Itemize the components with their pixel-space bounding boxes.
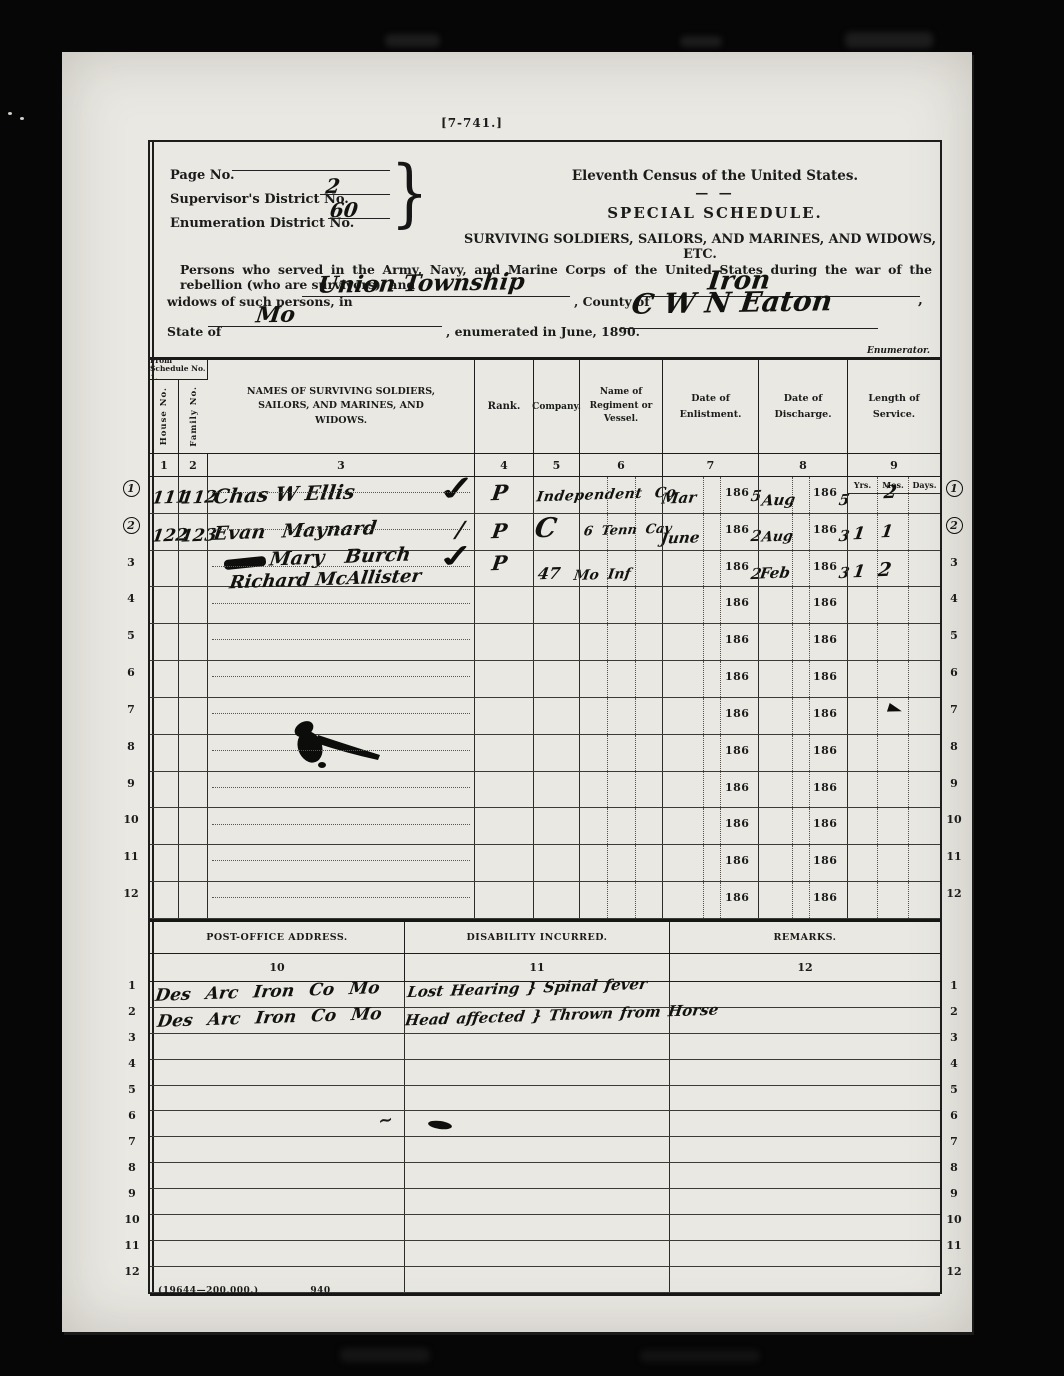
scan-artifact: [340, 1348, 430, 1362]
table-cell: [475, 477, 534, 513]
col-number: 5: [534, 454, 580, 476]
row-number: 7: [942, 1129, 966, 1155]
col-number: 8: [759, 454, 848, 476]
row-number: 8: [122, 1154, 142, 1180]
table-cell: [909, 551, 940, 587]
row-number-text: 10: [124, 1213, 139, 1226]
table-cell: [534, 845, 580, 881]
printed-year-prefix: 186: [725, 817, 749, 830]
row-number-text: 9: [950, 1187, 958, 1200]
row-number: 6: [120, 654, 142, 691]
discharge-header: Date of Discharge.: [759, 360, 848, 453]
scan-artifact: [680, 36, 722, 47]
printed-year-prefix: 186: [725, 707, 749, 720]
scan-artifact: [8, 112, 12, 115]
table-cell: [405, 1034, 670, 1059]
row-number: 5: [122, 1077, 142, 1103]
row-number-text: 4: [128, 1057, 136, 1070]
row-number: 8: [942, 728, 966, 765]
soldier-row: 186186: [150, 624, 940, 661]
row-number: 1: [122, 973, 142, 999]
table-cell: [909, 845, 940, 881]
table-cell: 186: [759, 661, 848, 697]
row-number-text: 6: [128, 1109, 136, 1122]
row-number-text: 5: [950, 629, 958, 642]
row-number-text: 8: [127, 740, 135, 753]
row-number: 2: [942, 999, 966, 1025]
row-number: 9: [122, 1180, 142, 1206]
table-cell: 186: [663, 551, 759, 587]
table-cell: [909, 698, 940, 734]
table-cell: [848, 882, 878, 918]
row-number: 9: [942, 1180, 966, 1206]
group-header: From Schedule No. 1.: [150, 360, 208, 380]
table-cell: [150, 1111, 405, 1136]
row-number: 3: [942, 544, 966, 581]
table-cell: [848, 661, 878, 697]
table-cell: [150, 587, 179, 623]
row-number: 6: [122, 1103, 142, 1129]
printed-year-prefix: 186: [813, 670, 837, 683]
table-cell: [150, 1060, 405, 1085]
row-number-text: 2: [950, 1005, 958, 1018]
table-cell: [534, 808, 580, 844]
table-cell: [909, 661, 940, 697]
address-row: [150, 1215, 940, 1241]
table-cell: [475, 551, 534, 587]
enumerator-signature: C W N Eaton: [630, 284, 835, 320]
table-cell: [670, 1189, 940, 1214]
soldier-row: 186186: [150, 808, 940, 845]
table-cell: 186: [759, 808, 848, 844]
row-number: 4: [122, 1051, 142, 1077]
table-cell: [405, 1189, 670, 1214]
page-no-blank-line: [232, 170, 390, 171]
table-cell: 186: [759, 587, 848, 623]
rank-header: Rank.: [475, 360, 534, 453]
house-no-header: House No.: [150, 380, 179, 453]
table-cell: 186: [759, 624, 848, 660]
table-cell: [179, 661, 208, 697]
form-border-box: Page No. Supervisor's District No. 2 Enu…: [148, 140, 942, 1294]
table-cell: [150, 845, 179, 881]
table-cell: [405, 1086, 670, 1111]
printed-year-prefix: 186: [813, 891, 837, 904]
signature-line: [620, 328, 878, 329]
address-row: [150, 1008, 940, 1034]
table-cell: [150, 735, 179, 771]
brace-glyph: }: [391, 150, 429, 236]
table-cell: 186: [663, 514, 759, 550]
table-cell: 186: [759, 551, 848, 587]
row-number: 7: [120, 691, 142, 728]
table-cell: [534, 587, 580, 623]
table-cell: [405, 1137, 670, 1162]
printed-year-prefix: 186: [725, 596, 749, 609]
address-table-body: Des Arc Iron Co Mo Lost Hearing } Spinal…: [150, 982, 940, 1296]
table-cell: [179, 477, 208, 513]
line2-comma: ,: [918, 292, 923, 308]
row-number: 12: [942, 1258, 966, 1284]
table-cell: [179, 624, 208, 660]
printed-year-prefix: 186: [813, 854, 837, 867]
row-number-text: 3: [950, 556, 958, 569]
table-cell: [878, 698, 909, 734]
table-cell: [878, 808, 909, 844]
col-number: 12: [670, 954, 940, 981]
table-cell: [179, 845, 208, 881]
census-form-page: [7-741.] Page No. Supervisor's District …: [62, 52, 972, 1332]
table-cell: [179, 551, 208, 587]
table-cell: [534, 882, 580, 918]
row-number-text: 11: [123, 850, 138, 863]
disability-header: DISABILITY INCURRED.: [405, 922, 670, 953]
address-row: [150, 1060, 940, 1086]
row-number-text: 1: [128, 979, 136, 992]
state-line: [208, 326, 442, 327]
census-title: Eleventh Census of the United States.: [490, 168, 940, 184]
row-number-text: 8: [128, 1161, 136, 1174]
table-cell: [150, 1189, 405, 1214]
row-number-text: 11: [946, 1239, 961, 1252]
township-value: Union Township: [316, 268, 526, 299]
row-number: 3: [942, 1025, 966, 1051]
table-cell: [580, 772, 663, 808]
table-cell: [208, 698, 475, 734]
table-cell: [208, 845, 475, 881]
house-no-label: House No.: [159, 387, 169, 445]
enumeration-district-label: Enumeration District No.: [170, 216, 354, 231]
printed-year-prefix: 186: [725, 560, 749, 573]
table-cell: [179, 808, 208, 844]
table-cell: [670, 1215, 940, 1240]
circled-row-number: 2: [942, 507, 966, 544]
col-number: 7: [663, 454, 759, 476]
address-row: [150, 1137, 940, 1163]
print-code: (19644—200,000.): [158, 1286, 259, 1296]
address-row: [150, 1086, 940, 1112]
table-cell: [405, 1008, 670, 1033]
table-cell: [475, 845, 534, 881]
table-cell: [475, 514, 534, 550]
row-number-text: 2: [128, 1005, 136, 1018]
row-number: 10: [122, 1206, 142, 1232]
col-number: 2: [179, 454, 208, 476]
table-cell: [580, 845, 663, 881]
table-cell: [878, 477, 909, 513]
table-cell: 186: [663, 587, 759, 623]
row-number-text: 12: [946, 1265, 961, 1278]
address-row: [150, 1189, 940, 1215]
printed-year-prefix: 186: [725, 781, 749, 794]
table-cell: [475, 772, 534, 808]
row-number: 10: [942, 1206, 966, 1232]
printed-year-prefix: 186: [813, 560, 837, 573]
row-number-text: 3: [128, 1031, 136, 1044]
table-cell: [208, 661, 475, 697]
table-cell: [179, 698, 208, 734]
table-cell: 186: [759, 477, 848, 513]
table-cell: [848, 772, 878, 808]
family-no-header: Family No.: [179, 380, 208, 453]
table-cell: [848, 587, 878, 623]
table-cell: [150, 772, 179, 808]
table-cell: 186: [663, 698, 759, 734]
divider-dashes: — —: [490, 186, 940, 201]
row-number: 11: [942, 838, 966, 875]
table-cell: [475, 661, 534, 697]
enumerated-label: , enumerated in June, 1890.: [446, 324, 640, 339]
row-number-text: 9: [950, 777, 958, 790]
circled-row-number: 2: [120, 507, 142, 544]
table-cell: [878, 735, 909, 771]
table-cell: [534, 735, 580, 771]
row-number: 8: [942, 1154, 966, 1180]
soldier-row: 186186: [150, 551, 940, 588]
table-cell: [848, 477, 878, 513]
table-cell: [670, 1060, 940, 1085]
table-cell: [150, 514, 179, 550]
scan-artifact: [20, 117, 24, 120]
table-cell: [405, 1060, 670, 1085]
col-number: 10: [150, 954, 405, 981]
printed-year-prefix: 186: [813, 633, 837, 646]
row-number-text: 1: [950, 979, 958, 992]
left-row-numbers-bottom: 123456789101112: [122, 973, 142, 1284]
schedule-subtitle: SURVIVING SOLDIERS, SAILORS, AND MARINES…: [460, 232, 940, 262]
row-number: 12: [120, 875, 142, 912]
table-cell: [150, 1137, 405, 1162]
table-cell: [670, 982, 940, 1007]
row-number-text: 2: [123, 517, 140, 534]
circled-row-number: 1: [942, 470, 966, 507]
address-row: [150, 1034, 940, 1060]
table-cell: 186: [663, 477, 759, 513]
right-row-numbers-top: 123456789101112: [942, 470, 966, 912]
row-number-text: 7: [128, 1135, 136, 1148]
print-footer: (19644—200,000.) 940: [158, 1286, 331, 1296]
address-column-numbers: 10 11 12: [150, 954, 940, 982]
table-cell: [878, 624, 909, 660]
row-number: 11: [120, 838, 142, 875]
table-cell: [150, 477, 179, 513]
row-number-text: 1: [123, 480, 140, 497]
table-cell: [580, 551, 663, 587]
printed-year-prefix: 186: [813, 817, 837, 830]
enumerator-label: Enumerator.: [770, 346, 930, 356]
row-number-text: 10: [946, 1213, 961, 1226]
soldier-row: 186186: [150, 661, 940, 698]
table-cell: [150, 1086, 405, 1111]
table-cell: [580, 698, 663, 734]
row-number: 5: [942, 1077, 966, 1103]
column-number-row: 123456789: [150, 454, 940, 477]
table-cell: [179, 735, 208, 771]
names-header: NAMES OF SURVIVING SOLDIERS, SAILORS, AN…: [208, 360, 475, 453]
table-cell: [150, 1215, 405, 1240]
table-cell: [580, 882, 663, 918]
table-cell: [670, 1137, 940, 1162]
right-row-numbers-bottom: 123456789101112: [942, 973, 966, 1284]
row-number: 4: [120, 580, 142, 617]
row-number-text: 5: [950, 1083, 958, 1096]
table-cell: [878, 514, 909, 550]
table-cell: [848, 808, 878, 844]
enumeration-district-value: 60: [328, 198, 359, 222]
table-cell: [670, 1111, 940, 1136]
table-cell: [150, 808, 179, 844]
table-cell: [405, 1111, 670, 1136]
col-number: 11: [405, 954, 670, 981]
soldier-row: 186186: [150, 882, 940, 919]
printed-year-prefix: 186: [813, 596, 837, 609]
table-cell: [878, 845, 909, 881]
table-cell: [878, 661, 909, 697]
table-cell: 186: [663, 845, 759, 881]
row-number-text: 12: [124, 1265, 139, 1278]
address-row: [150, 1241, 940, 1267]
table-cell: 186: [663, 882, 759, 918]
table-cell: [580, 477, 663, 513]
table-cell: [848, 845, 878, 881]
table-cell: [909, 587, 940, 623]
table-cell: [208, 624, 475, 660]
row-number-text: 7: [950, 1135, 958, 1148]
left-row-numbers-top: 123456789101112: [120, 470, 142, 912]
row-number-text: 12: [946, 887, 961, 900]
soldier-row: 186186: [150, 514, 940, 551]
address-header: POST-OFFICE ADDRESS.: [150, 922, 405, 953]
row-number: 10: [120, 801, 142, 838]
table-cell: [208, 514, 475, 550]
table-cell: [848, 624, 878, 660]
col-number: 4: [475, 454, 534, 476]
row-number: 10: [942, 801, 966, 838]
table-cell: [909, 477, 940, 513]
table-cell: [909, 882, 940, 918]
table-cell: [405, 982, 670, 1007]
table-cell: [670, 1267, 940, 1292]
table-cell: [150, 698, 179, 734]
table-cell: [909, 624, 940, 660]
printed-year-prefix: 186: [813, 744, 837, 757]
row-number-text: 7: [950, 703, 958, 716]
table-cell: [150, 982, 405, 1007]
table-cell: [878, 882, 909, 918]
printed-year-prefix: 186: [725, 633, 749, 646]
table-cell: [534, 772, 580, 808]
table-cell: [534, 477, 580, 513]
row-number: 6: [942, 654, 966, 691]
table-cell: [405, 1267, 670, 1292]
row-number: 11: [122, 1232, 142, 1258]
row-number-text: 11: [124, 1239, 139, 1252]
soldier-row: 186186: [150, 735, 940, 772]
col-number: 6: [580, 454, 663, 476]
table-cell: [150, 882, 179, 918]
table-cell: [670, 1008, 940, 1033]
row-number-text: 10: [123, 813, 138, 826]
soldier-row: 186186: [150, 587, 940, 624]
table-cell: [534, 661, 580, 697]
soldiers-table: From Schedule No. 1. House No. Family No…: [150, 357, 940, 922]
printed-year-prefix: 186: [725, 523, 749, 536]
row-number: 8: [120, 728, 142, 765]
schedule-title: SPECIAL SCHEDULE.: [490, 204, 940, 222]
family-no-label: Family No.: [189, 386, 199, 447]
regiment-header: Name of Regiment or Vessel.: [580, 360, 663, 453]
col-number: 3: [208, 454, 475, 476]
table-cell: [475, 735, 534, 771]
table-cell: 186: [663, 735, 759, 771]
table-cell: [150, 1008, 405, 1033]
table-cell: [848, 551, 878, 587]
table-cell: [909, 808, 940, 844]
row-number: 9: [120, 765, 142, 802]
printed-year-prefix: 186: [725, 670, 749, 683]
form-code: [7-741.]: [62, 116, 882, 130]
soldier-row: 186186: [150, 772, 940, 809]
company-header: Company.: [534, 360, 580, 453]
soldier-row: 186186: [150, 698, 940, 735]
table-cell: [475, 808, 534, 844]
col-number: 1: [150, 454, 179, 476]
scan-artifact: [640, 1350, 760, 1362]
table-cell: [848, 514, 878, 550]
row-number: 7: [122, 1129, 142, 1155]
row-number-text: 3: [127, 556, 135, 569]
printed-year-prefix: 186: [813, 781, 837, 794]
table-cell: [670, 1034, 940, 1059]
table-cell: [580, 587, 663, 623]
table-cell: [670, 1086, 940, 1111]
table-cell: [405, 1241, 670, 1266]
page-no-label: Page No.: [170, 168, 235, 183]
soldier-row: 186186: [150, 477, 940, 514]
table-cell: [475, 882, 534, 918]
row-number: 3: [120, 544, 142, 581]
table-cell: [534, 698, 580, 734]
row-number: 11: [942, 1232, 966, 1258]
table-cell: [534, 514, 580, 550]
enlistment-header: Date of Enlistment.: [663, 360, 759, 453]
row-number: 12: [122, 1258, 142, 1284]
table-cell: [909, 772, 940, 808]
table-cell: [848, 735, 878, 771]
row-number: 5: [120, 617, 142, 654]
row-number: 4: [942, 580, 966, 617]
row-number-text: 6: [950, 666, 958, 679]
table-cell: [208, 587, 475, 623]
row-number-text: 7: [127, 703, 135, 716]
table-cell: 186: [759, 735, 848, 771]
printed-year-prefix: 186: [813, 523, 837, 536]
table-cell: [580, 808, 663, 844]
table-cell: [580, 661, 663, 697]
scan-background: [7-741.] Page No. Supervisor's District …: [0, 0, 1064, 1376]
table-cell: [475, 624, 534, 660]
table-cell: [670, 1241, 940, 1266]
row-number: 5: [942, 617, 966, 654]
soldier-row: 186186: [150, 845, 940, 882]
row-number-text: 5: [127, 629, 135, 642]
table-cell: [208, 551, 475, 587]
table-cell: [208, 808, 475, 844]
table-cell: 186: [759, 772, 848, 808]
table-cell: 186: [663, 808, 759, 844]
table-cell: [878, 551, 909, 587]
table-cell: [909, 735, 940, 771]
